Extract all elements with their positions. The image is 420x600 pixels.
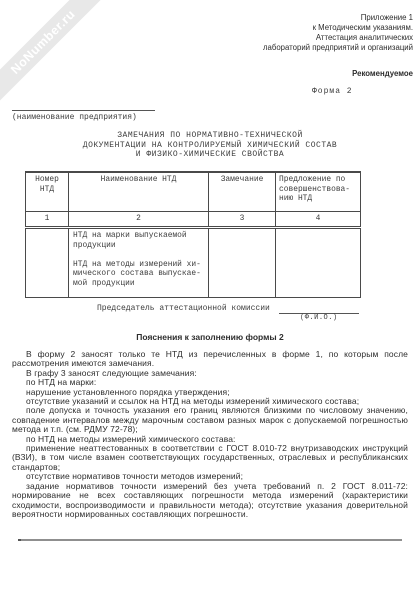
signature-block: Председатель аттестационной комиссии(Ф.И… <box>97 304 359 322</box>
col-header-proposal: Предложение по совершенствова- нию НТД <box>276 172 361 212</box>
notes-section: В форму 2 заносят только те НТД из переч… <box>12 350 408 519</box>
ntd-remarks-table: Номер НТД Наименование НТД Замечание Пре… <box>25 171 361 298</box>
column-number-1: 1 <box>26 212 69 228</box>
organization-name-caption: (наименование предприятия) <box>12 113 155 122</box>
footer-divider <box>18 539 402 541</box>
note-paragraph: В форму 2 заносят только те НТД из переч… <box>12 350 408 369</box>
signature-field: (Ф.И.О.) <box>279 304 359 322</box>
col-header-ntd-number: Номер НТД <box>26 172 69 212</box>
signature-blank-line <box>279 304 359 314</box>
recommended-label: Рекомендуемое <box>352 69 413 78</box>
appendix-header: Приложение 1 к Методическим указаниям. А… <box>263 13 413 53</box>
note-paragraph: применение неаттестованных в соответстви… <box>12 444 408 472</box>
watermark-text: NoNumber.ru <box>8 7 78 77</box>
column-number-3: 3 <box>209 212 276 228</box>
column-numbers-row: 1 2 3 4 <box>26 212 361 228</box>
form-number-label: Форма 2 <box>312 87 353 96</box>
document-page: NoNumber.ru Приложение 1 к Методическим … <box>0 0 420 600</box>
column-number-2: 2 <box>69 212 209 228</box>
note-paragraph: поле допуска и точность указания его гра… <box>12 406 408 434</box>
signature-label: Председатель аттестационной комиссии <box>97 304 270 313</box>
cell-proposal <box>276 228 361 298</box>
column-number-4: 4 <box>276 212 361 228</box>
notes-heading: Пояснения к заполнению формы 2 <box>0 332 420 342</box>
table-row: НТД на марки выпускаемой продукции НТД н… <box>26 228 361 298</box>
table-header-row: Номер НТД Наименование НТД Замечание Пре… <box>26 172 361 212</box>
col-header-remark: Замечание <box>209 172 276 212</box>
watermark-ribbon: NoNumber.ru <box>0 0 107 106</box>
organization-name-line: (наименование предприятия) <box>12 110 155 122</box>
cell-remark <box>209 228 276 298</box>
note-paragraph: задание нормативов точности измерений бе… <box>12 482 408 520</box>
signature-caption: (Ф.И.О.) <box>279 314 359 322</box>
cell-ntd-name: НТД на марки выпускаемой продукции НТД н… <box>69 228 209 298</box>
cell-ntd-number <box>26 228 69 298</box>
document-title: ЗАМЕЧАНИЯ ПО НОРМАТИВНО-ТЕХНИЧЕСКОЙ ДОКУ… <box>0 131 420 160</box>
col-header-ntd-name: Наименование НТД <box>69 172 209 212</box>
